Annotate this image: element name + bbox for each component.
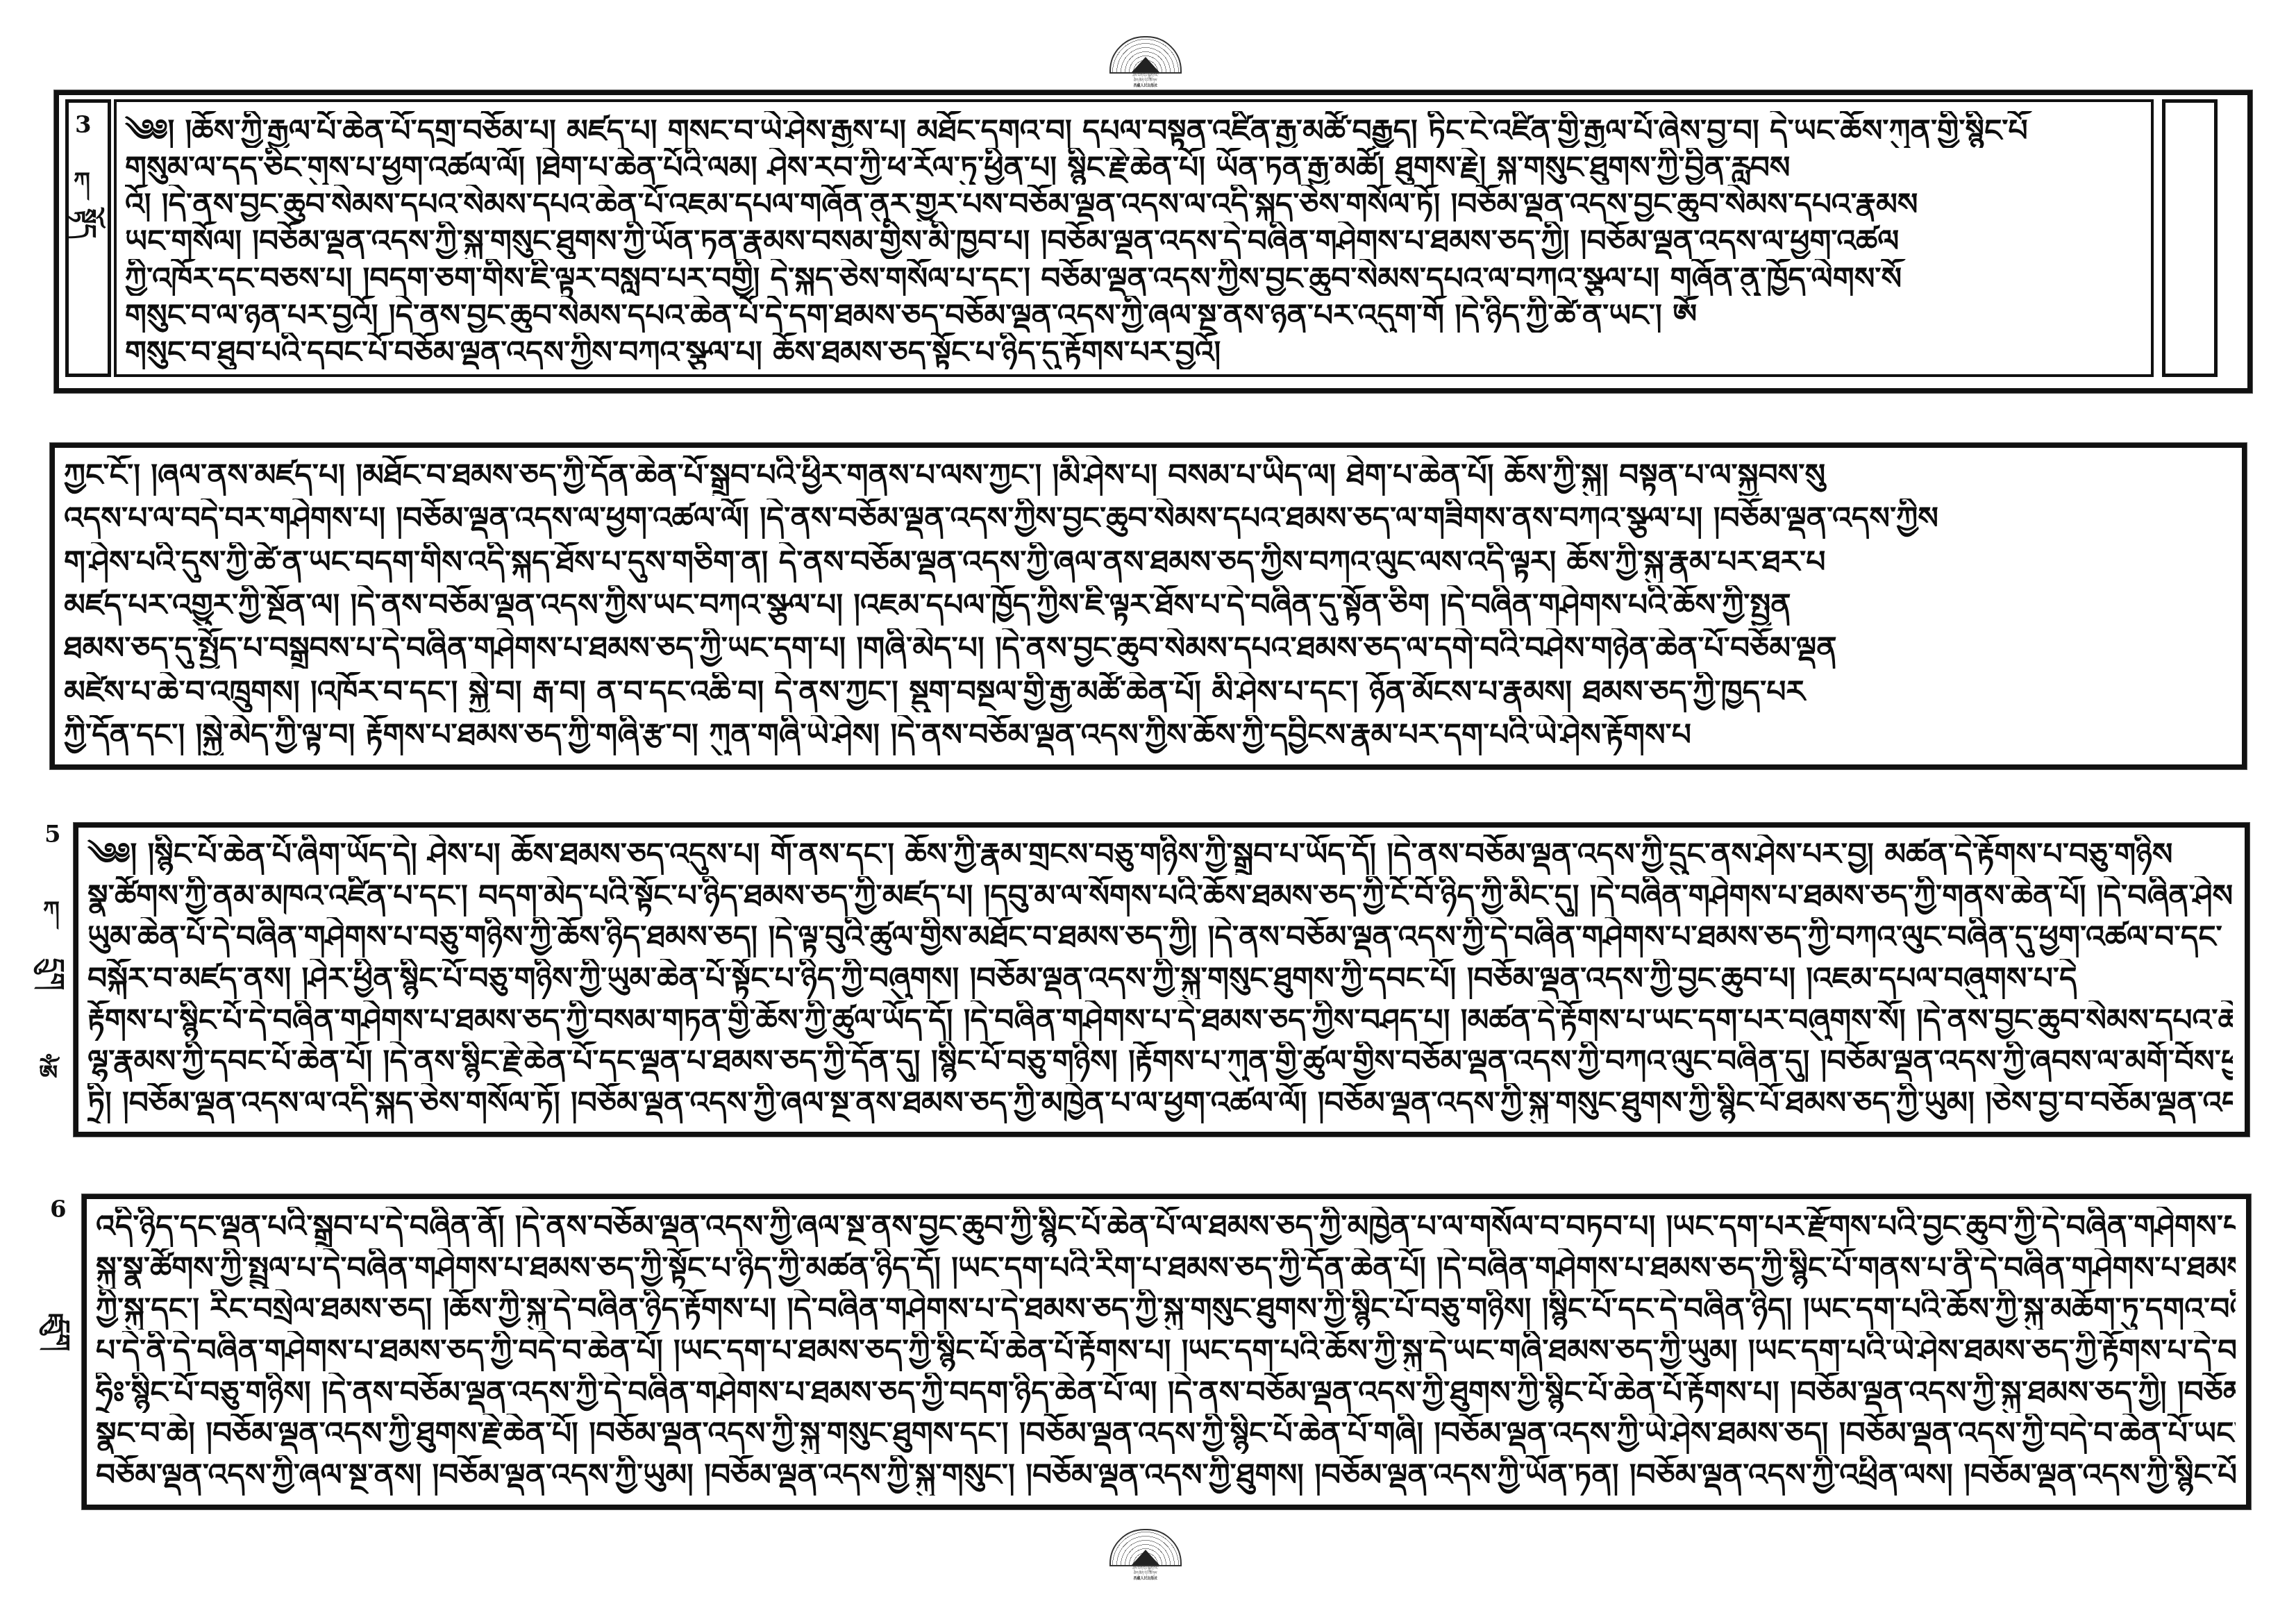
text-line: ལྷ་རྣམས་ཀྱི་དབང་པོ་ཆེན་པོ། །དེ་ནས་སྙིང་ར… [87, 1041, 2233, 1082]
seal-emblem-icon [1109, 1529, 1182, 1566]
text-line: ཧྲིཿ་སྙིང་པོ་བཅུ་གཉིས། །དེ་ནས་བཅོམ་ལྡན་འ… [96, 1373, 2236, 1413]
text-line: ཏྲི། །བཅོམ་ལྡན་འདས་ལ་འདི་སྐད་ཅེས་གསོལ་ཏོ… [87, 1083, 2233, 1123]
text-line: སྐུ་སྣ་ཚོགས་ཀྱི་སྤྲུལ་པ་དེ་བཞིན་གཤེགས་པ་… [96, 1248, 2236, 1289]
text-line: ཐམས་ཅད་དུ་སྤྱོད་པ་བསྒྲུབས་པ་དེ་བཞིན་གཤེག… [64, 628, 2234, 669]
text-line: ཡང་གསོལ། །བཅོམ་ལྡན་འདས་ཀྱི་སྐུ་གསུང་ཐུགས… [125, 221, 2142, 258]
text-line: འདི་ཉིད་དང་ལྡན་པའི་སྒྲུབ་པ་དེ་བཞིན་ནོ། །… [96, 1207, 2236, 1247]
seal-caption-2: ཐེག་ཆེན་དཔེ་ཚོགས་ [1134, 1571, 1157, 1576]
text-line: གསུང་བ་ཐུབ་པའི་དབང་པོ་བཅོམ་ལྡན་འདས་ཀྱིས་… [125, 333, 2142, 369]
text-line: ཀྱང་ངོ་། །ཞལ་ནས་མཛད་པ། །མཐོང་བ་ཐམས་ཅད་ཀྱ… [64, 455, 2234, 496]
seal-caption-3: 西藏人民出版社 [1133, 83, 1157, 88]
text-line: འོ། །དེ་ནས་བྱང་ཆུབ་སེམས་དཔའ་སེམས་དཔའ་ཆེན… [125, 185, 2142, 221]
margin-label-side: སྟོད [72, 208, 100, 238]
seal-caption-1: ཤེས་རིག་དཔེ་སྐྲུན་ཁང་ [1132, 74, 1159, 78]
text-line: འདས་པ་ལ་བདེ་བར་གཤེགས་པ། །བཅོམ་ལྡན་འདས་ལ་… [64, 499, 2234, 539]
text-line: ༄༅། །སྙིང་པོ་ཆེན་པོ་ཞིག་ཡོད་དེ། ཤེས་པ། ཆ… [87, 835, 2233, 875]
margin-label-side: དྲུག [40, 958, 68, 990]
margin-label-side: དྲུག [46, 1319, 74, 1351]
text-line: ༄༅། །ཆོས་ཀྱི་རྒྱལ་པོ་ཆེན་པོ་དགྲ་བཅོམ་པ། … [125, 111, 2142, 148]
text-line: ཀྱི་སྐུ་དང་། རིང་བསྲེལ་ཐམས་ཅད། །ཆོས་ཀྱི་… [96, 1289, 2236, 1330]
right-margin-panel [2162, 99, 2218, 377]
text-line: གསུམ་ལ་དད་ཅིང་གུས་པ་ཕྱག་འཚལ་ལོ། །ཐེག་པ་ཆ… [125, 148, 2142, 185]
text-line: སྣང་བ་ཆེ། །བཅོམ་ལྡན་འདས་ཀྱི་ཐུགས་རྗེ་ཆེན… [96, 1414, 2236, 1454]
margin-label-volume: ཀ [43, 883, 60, 950]
seal-caption-2: ཐེག་ཆེན་དཔེ་ཚོགས་ [1134, 78, 1157, 83]
text-line: མཛད་པར་འགྱུར་ཀྱི་སྔོན་ལ། །དེ་ནས་བཅོམ་ལྡན… [64, 585, 2234, 626]
text-line: བསྐོར་བ་མཛད་ནས། །ཤེར་ཕྱིན་སྙིང་པོ་བཅུ་གཉ… [87, 959, 2233, 999]
text-line: ཀྱི་འཁོར་དང་བཅས་པ། །བདག་ཅག་གིས་ཇི་ལྟར་བས… [125, 259, 2142, 296]
text-lines: ༄༅། །སྙིང་པོ་ཆེན་པོ་ཞིག་ཡོད་དེ། ཤེས་པ། ཆ… [87, 835, 2233, 1123]
margin-label-om: ཨོཾ [39, 1047, 58, 1114]
text-line: སྣ་ཚོགས་ཀྱི་ནམ་མཁའ་འཛིན་པ་དང་། བདག་མེད་པ… [87, 876, 2233, 916]
text-line: པ་དེ་ནི་དེ་བཞིན་གཤེགས་པ་ཐམས་ཅད་ཀྱི་བདེ་བ… [96, 1331, 2236, 1371]
seal-caption-1: ཤེས་རིག་དཔེ་སྐྲུན་ཁང་ [1132, 1566, 1159, 1571]
text-lines: འདི་ཉིད་དང་ལྡན་པའི་སྒྲུབ་པ་དེ་བཞིན་ནོ། །… [96, 1207, 2236, 1496]
text-line: ག་ཤེས་པའི་དུས་ཀྱི་ཚེ་ན་ཡང་བདག་གིས་འདི་སྐ… [64, 542, 2234, 583]
text-line: བཅོམ་ལྡན་འདས་ཀྱི་ཞལ་སྔ་ནས། །བཅོམ་ལྡན་འདས… [96, 1455, 2236, 1496]
text-line: གསུང་བ་ལ་ཉན་པར་བྱའོ། །དེ་ནས་བྱང་ཆུབ་སེམས… [125, 296, 2142, 333]
text-lines: ཀྱང་ངོ་། །ཞལ་ནས་མཛད་པ། །མཐོང་བ་ཐམས་ཅད་ཀྱ… [64, 455, 2234, 755]
text-line: རྟོགས་པ་སྙིང་པོ་དེ་བཞིན་གཤེགས་པ་ཐམས་ཅད་ཀ… [87, 1001, 2233, 1041]
text-line: ཡུམ་ཆེན་པོ་དེ་བཞིན་གཤེགས་པ་བཅུ་གཉིས་ཀྱི་… [87, 917, 2233, 957]
folio-number: 5 [44, 821, 61, 848]
folio-number: 6 [50, 1196, 67, 1223]
text-line: ཀྱི་དོན་དང་། །སྐྱེ་མེད་ཀྱི་ལྟ་བ། རྟོགས་པ… [64, 715, 2234, 755]
text-line: མཛེས་པ་ཆེ་བ་འཁྲུགས། །འཁོར་བ་དང་། སྐྱེ་བ།… [64, 672, 2234, 712]
folio-number: 3 [75, 111, 92, 139]
seal-emblem-icon [1109, 36, 1182, 74]
text-lines: ༄༅། །ཆོས་ཀྱི་རྒྱལ་པོ་ཆེན་པོ་དགྲ་བཅོམ་པ། … [125, 111, 2142, 369]
publisher-seal-top: ཤེས་རིག་དཔེ་སྐྲུན་ཁང་ ཐེག་ཆེན་དཔེ་ཚོགས་ … [1097, 36, 1194, 90]
seal-caption-3: 西藏人民出版社 [1133, 1576, 1157, 1581]
publisher-seal-bottom: ཤེས་རིག་དཔེ་སྐྲུན་ཁང་ ཐེག་ཆེན་དཔེ་ཚོགས་ … [1097, 1529, 1194, 1583]
